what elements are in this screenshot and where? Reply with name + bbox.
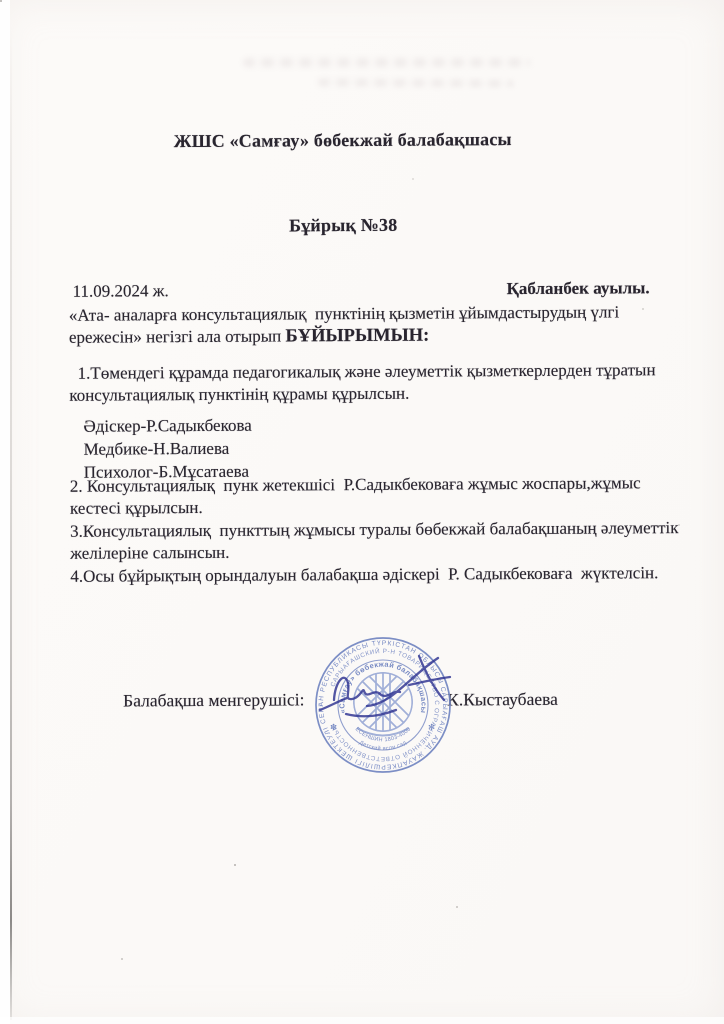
point-line: 3.Консультациялық пункттың жұмысы туралы…: [70, 517, 678, 543]
scanned-document-page: ЖШС «Самғау» бөбекжай балабақшасы Бұйрық…: [0, 0, 724, 1024]
point-line: консультациялық пунктінің құрамы құрылсы…: [69, 382, 656, 408]
staff-line: Әдіскер-Р.Садыкбекова: [83, 415, 251, 439]
intro-paragraph: «Ата- аналарға консультациялық пунктінің…: [69, 301, 620, 349]
org-title: ЖШС «Самғау» бөбекжай балабақшасы: [58, 128, 628, 152]
points-2-3-4: 2. Консультациялық пунк жетекшісі Р.Сады…: [70, 472, 679, 588]
intro-line: ережесін» негізгі ала отырып БҰЙЫРЫМЫН:: [69, 324, 619, 350]
handwritten-signature-ink: [312, 648, 476, 726]
signature-label: Балабақша менгерушісі:: [123, 689, 304, 711]
order-keyword: БҰЙЫРЫМЫН:: [285, 326, 429, 347]
point-line: 4.Осы бұйрықтың орындалуын балабақша әді…: [70, 562, 678, 588]
order-date: 11.09.2024 ж.: [73, 281, 169, 302]
date-place-row: 11.09.2024 ж. Қабланбек ауылы.: [73, 278, 650, 302]
point-line: 2. Консультациялық пунк жетекшісі Р.Сады…: [70, 472, 678, 498]
staff-line: Медбике-Н.Валиева: [84, 437, 252, 461]
intro-line: «Ата- аналарға консультациялық пунктінің…: [69, 301, 619, 327]
point-1: 1.Төмендегі құрамда педагогикалық және ә…: [69, 359, 656, 407]
staff-list: Әдіскер-Р.Садыкбекова Медбике-Н.Валиева …: [83, 415, 252, 484]
order-title: Бұйрық №38: [58, 213, 628, 237]
intro-line-prefix: ережесін» негізгі ала отырып: [69, 327, 286, 347]
document-content: ЖШС «Самғау» бөбекжай балабақшасы Бұйрық…: [0, 0, 724, 1024]
point-line: 1.Төмендегі құрамда педагогикалық және ә…: [69, 359, 656, 385]
order-place: Қабланбек ауылы.: [507, 278, 650, 299]
